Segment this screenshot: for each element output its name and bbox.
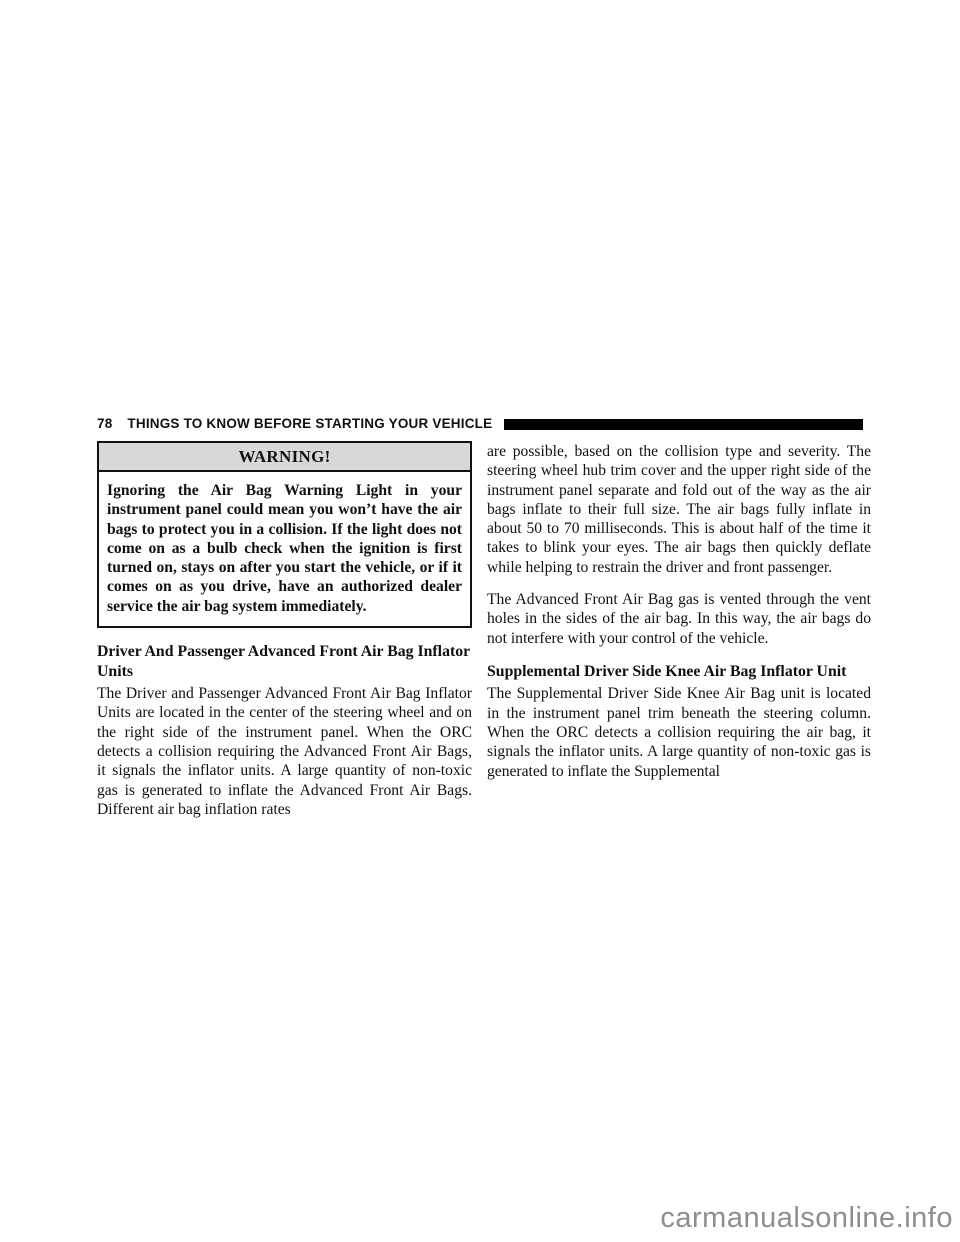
section-heading-knee-airbag-inflator: Supplemental Driver Side Knee Air Bag In… xyxy=(487,662,871,682)
warning-title: WARNING! xyxy=(99,443,470,472)
running-header: 78 THINGS TO KNOW BEFORE STARTING YOUR V… xyxy=(97,416,863,431)
header-rule-bar xyxy=(504,419,863,430)
paragraph-airbag-deployment: are possible, based on the collision typ… xyxy=(487,442,871,577)
section-heading-driver-passenger-inflator: Driver And Passenger Advanced Front Air … xyxy=(97,642,472,681)
paragraph-airbag-venting: The Advanced Front Air Bag gas is vented… xyxy=(487,590,871,648)
manual-page: 78 THINGS TO KNOW BEFORE STARTING YOUR V… xyxy=(0,0,960,1242)
watermark-text: carmanualsonline.info xyxy=(660,1202,953,1235)
paragraph-knee-airbag-inflator: The Supplemental Driver Side Knee Air Ba… xyxy=(487,684,871,780)
page-title: THINGS TO KNOW BEFORE STARTING YOUR VEHI… xyxy=(127,416,492,431)
right-column: are possible, based on the collision typ… xyxy=(487,441,871,781)
left-column: WARNING! Ignoring the Air Bag Warning Li… xyxy=(97,441,472,819)
warning-body-text: Ignoring the Air Bag Warning Light in yo… xyxy=(99,472,470,626)
warning-box: WARNING! Ignoring the Air Bag Warning Li… xyxy=(97,441,472,628)
page-number: 78 xyxy=(97,416,112,431)
paragraph-driver-passenger-inflator: The Driver and Passenger Advanced Front … xyxy=(97,684,472,819)
